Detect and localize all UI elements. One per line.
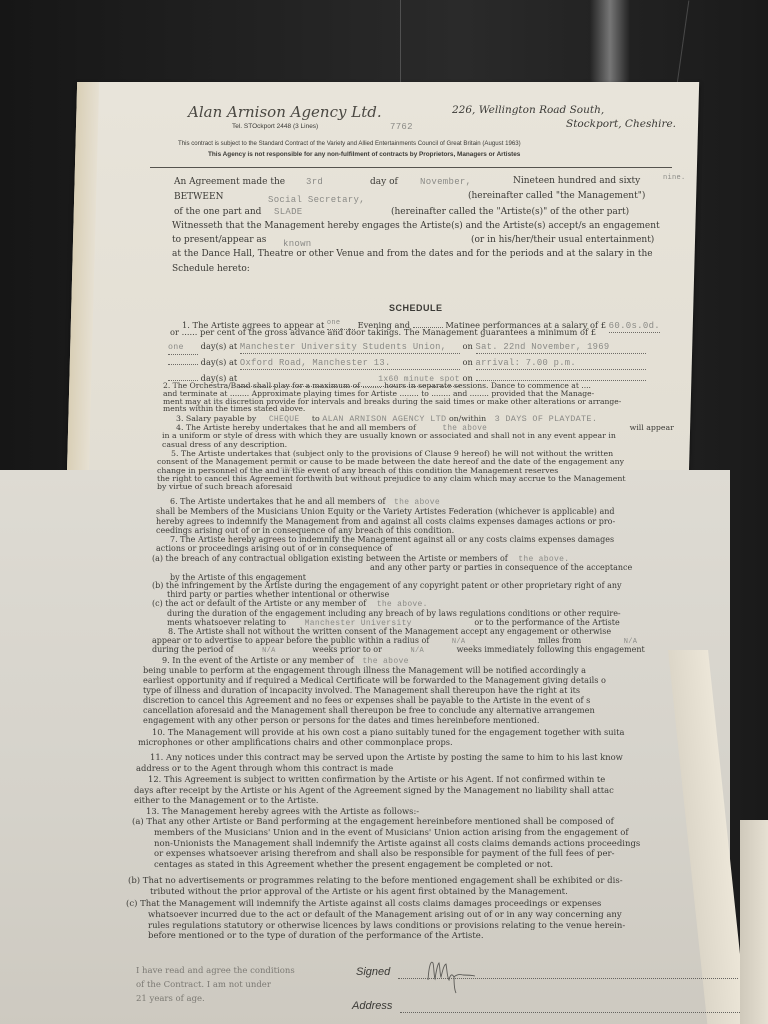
- clause-text: type of illness and duration of incapaci…: [143, 685, 606, 695]
- agreement-month-field[interactable]: November,: [420, 177, 471, 187]
- clause-text: before mentioned or to the type of durat…: [126, 931, 625, 942]
- clause-text: (c) That the Management will indemnify t…: [126, 899, 625, 910]
- days-count-field[interactable]: one: [168, 343, 198, 355]
- address-field[interactable]: [400, 1012, 740, 1013]
- venue-field[interactable]: Oxford Road, Manchester 13.: [240, 358, 460, 370]
- clause-text: centages as stated in this Agreement whe…: [132, 860, 640, 871]
- clause-7: 7. The Artiste hereby agrees to indemnif…: [156, 535, 614, 554]
- declaration-line: 21 years of age.: [136, 992, 295, 1006]
- agency-address-line2: Stockport, Cheshire.: [566, 118, 676, 130]
- clause-text: 11. Any notices under this contract may …: [136, 752, 623, 763]
- day-at-label: day(s) at: [201, 341, 238, 351]
- clause-text: either to the Management or to the Artis…: [134, 795, 614, 806]
- clause-text: ments whatsoever relating to: [167, 618, 286, 627]
- address-label: Address: [352, 1000, 392, 1012]
- clause-text: ments within the times stated above.: [163, 405, 621, 413]
- clause-text: appear or to advertise to appear before …: [152, 636, 429, 645]
- clause-text: casual dress of any description.: [162, 441, 616, 450]
- clause-text: or expenses whatsoever arising therefrom…: [132, 849, 640, 860]
- clause-text: (b) the infringement by the Artiste duri…: [152, 581, 622, 590]
- clause-10: 10. The Management will provide at his o…: [138, 727, 624, 747]
- clause-2: 2. The Orchestra/Band shall play for a m…: [163, 382, 621, 413]
- agency-address-line1: 226, Wellington Road South,: [452, 104, 604, 116]
- artiste-called-label: (hereinafter called the "Artiste(s)" of …: [391, 207, 629, 217]
- clause-1-minimum: or ...... per cent of the gross advance …: [170, 327, 596, 338]
- clause-text: earliest opportunity and if required a M…: [143, 675, 606, 685]
- clause-text: 7. The Artiste hereby agrees to indemnif…: [156, 535, 614, 544]
- one-part-label: of the one part and: [174, 207, 261, 217]
- clause-text: third party or parties whether intention…: [152, 590, 622, 599]
- signature-mark: [425, 955, 485, 995]
- venue-field[interactable]: Manchester University Students Union,: [240, 342, 460, 354]
- clause-text: address or to the Agent through whom thi…: [136, 763, 623, 774]
- clause-text: cancellation aforesaid and the Managemen…: [143, 705, 606, 715]
- year-label: Nineteen hundred and sixty: [513, 176, 640, 186]
- schedule-row: one day(s) at Manchester University Stud…: [168, 341, 646, 355]
- schedule-row: day(s) at Oxford Road, Manchester 13. on…: [168, 357, 646, 370]
- clause-text: microphones or other amplifications chai…: [138, 737, 624, 747]
- age-declaration: I have read and agree the conditions of …: [136, 964, 295, 1006]
- day-at-label: day(s) at: [201, 357, 238, 367]
- days-count-field[interactable]: [168, 364, 198, 365]
- clause-text: 9. In the event of the Artiste or any me…: [162, 655, 354, 665]
- members-field[interactable]: the above.: [377, 600, 428, 609]
- agreement-day-field[interactable]: 3rd: [306, 177, 323, 187]
- date-field[interactable]: Sat. 22nd November, 1969: [476, 342, 646, 354]
- members-field[interactable]: the above: [394, 498, 440, 507]
- clause-5: 5. The Artiste undertakes that (subject …: [157, 450, 626, 491]
- clause-9-cont: being unable to perform at the engagemen…: [143, 665, 606, 725]
- salary-field[interactable]: 60.0s.0d.: [609, 321, 660, 333]
- between-label: BETWEEN: [174, 192, 223, 202]
- declaration-line: of the Contract. I am not under: [136, 978, 295, 992]
- clause-text: during the period of: [152, 645, 234, 654]
- clause-13c: (c) That the Management will indemnify t…: [126, 899, 625, 942]
- clause-text: rules regulations statutory or otherwise…: [126, 921, 625, 932]
- schedule-title: SCHEDULE: [389, 303, 443, 313]
- clause-8-period: during the period of N/A weeks prior to …: [152, 645, 645, 655]
- agency-name: Alan Arnison Agency Ltd.: [188, 103, 382, 121]
- clause-11: 11. Any notices under this contract may …: [136, 752, 623, 773]
- on-label: on: [463, 357, 473, 367]
- clause-text: hereby agrees to indemnify the Managemen…: [156, 517, 615, 527]
- clause-text: discretion to cancel this Agreement and …: [143, 695, 606, 705]
- clause-text: tributed without the prior approval of t…: [128, 887, 623, 898]
- clause-8: 8. The Artiste shall not without the wri…: [168, 627, 611, 636]
- clause-text: 10. The Management will provide at his o…: [138, 727, 624, 737]
- made-the-label: An Agreement made the: [174, 177, 285, 187]
- clause-text: to: [312, 414, 320, 423]
- schedule-reference: Schedule hereto:: [172, 264, 250, 274]
- clause-text: or to the performance of the Artiste: [474, 618, 619, 627]
- management-field[interactable]: Social Secretary,: [268, 195, 365, 205]
- clause-text: (a) That any other Artiste or Band perfo…: [132, 817, 640, 828]
- liability-notice: This Agency is not responsible for any n…: [208, 151, 520, 158]
- usual-entertainment-label: (or in his/her/their usual entertainment…: [471, 235, 654, 245]
- header-rule: [150, 167, 672, 168]
- venue-clause: at the Dance Hall, Theatre or other Venu…: [172, 249, 653, 259]
- clause-6: 6. The Artiste undertakes that he and al…: [170, 497, 440, 507]
- clause-text: actions or proceedings arising out of or…: [156, 544, 614, 553]
- clause-13a: (a) That any other Artiste or Band perfo…: [132, 817, 640, 871]
- clause-text: 6. The Artiste undertakes that he and al…: [170, 497, 385, 506]
- signed-label: Signed: [356, 966, 390, 978]
- clause-text: (b) That no advertisements or programmes…: [128, 876, 623, 887]
- clause-13b: (b) That no advertisements or programmes…: [128, 876, 623, 898]
- clause-text: non-Unionists the Management shall indem…: [132, 839, 640, 850]
- clause-text: (c) the act or default of the Artiste or…: [152, 599, 366, 608]
- clause-6-cont: shall be Members of the Musicians Union …: [156, 507, 615, 536]
- clause-text: being unable to perform at the engagemen…: [143, 665, 606, 675]
- standard-contract-notice: This contract is subject to the Standard…: [178, 140, 521, 147]
- clause-text: by virtue of such breach aforesaid: [157, 483, 626, 491]
- clause-text: engagement with any other person or pers…: [143, 715, 606, 725]
- clause-text: 3. Salary payable by: [176, 414, 256, 423]
- clause-7b: (b) the infringement by the Artiste duri…: [152, 581, 622, 599]
- clause-12: 12. This Agreement is subject to written…: [134, 774, 614, 806]
- weeks-after-field[interactable]: N/A: [411, 647, 425, 655]
- clause-4-cont: in a uniform or style of dress with whic…: [162, 432, 616, 449]
- contract-number: 7762: [390, 122, 413, 132]
- witnesseth-clause: Witnesseth that the Management hereby en…: [172, 221, 660, 231]
- present-label: to present/appear as: [172, 235, 266, 245]
- clause-7c: (c) the act or default of the Artiste or…: [152, 599, 428, 609]
- clause-text: (a) the breach of any contractual obliga…: [152, 554, 508, 563]
- management-called-label: (hereinafter called "the Management"): [468, 191, 645, 201]
- clause-text: during the duration of the engagement in…: [167, 609, 621, 618]
- clause-text: 12. This Agreement is subject to written…: [134, 774, 614, 785]
- clause-text: weeks prior to or: [312, 645, 382, 654]
- clause-text: on/within: [449, 414, 486, 423]
- present-as-field[interactable]: known: [283, 239, 312, 249]
- clause-text: days after receipt by the Artiste or his…: [134, 785, 614, 796]
- agreement-year-field[interactable]: nine.: [663, 174, 686, 182]
- personnel-field[interactable]: shown: [280, 466, 303, 474]
- clause-text: and any other party or parties in conseq…: [370, 563, 632, 572]
- contract-document: Alan Arnison Agency Ltd. 226, Wellington…: [0, 0, 768, 1024]
- arrival-field[interactable]: arrival: 7.00 p.m.: [476, 358, 646, 370]
- declaration-line: I have read and agree the conditions: [136, 964, 295, 978]
- clause-text: members of the Musicians' Union and in t…: [132, 828, 640, 839]
- artiste-field[interactable]: SLADE: [274, 207, 303, 217]
- weeks-prior-field[interactable]: N/A: [262, 647, 276, 655]
- on-label: on: [463, 341, 473, 351]
- agency-telephone: Tel. STOckport 2448 (3 Lines): [232, 123, 318, 130]
- clause-13: 13. The Management hereby agrees with th…: [146, 806, 419, 816]
- clause-text: shall be Members of the Musicians Union …: [156, 507, 615, 517]
- clause-text: miles from: [538, 636, 581, 645]
- day-of-label: day of: [370, 177, 398, 187]
- clause-text: weeks immediately following this engagem…: [457, 645, 645, 654]
- clause-text: whatsoever incurred due to the act or de…: [126, 910, 625, 921]
- clause-text: will appear: [630, 423, 674, 432]
